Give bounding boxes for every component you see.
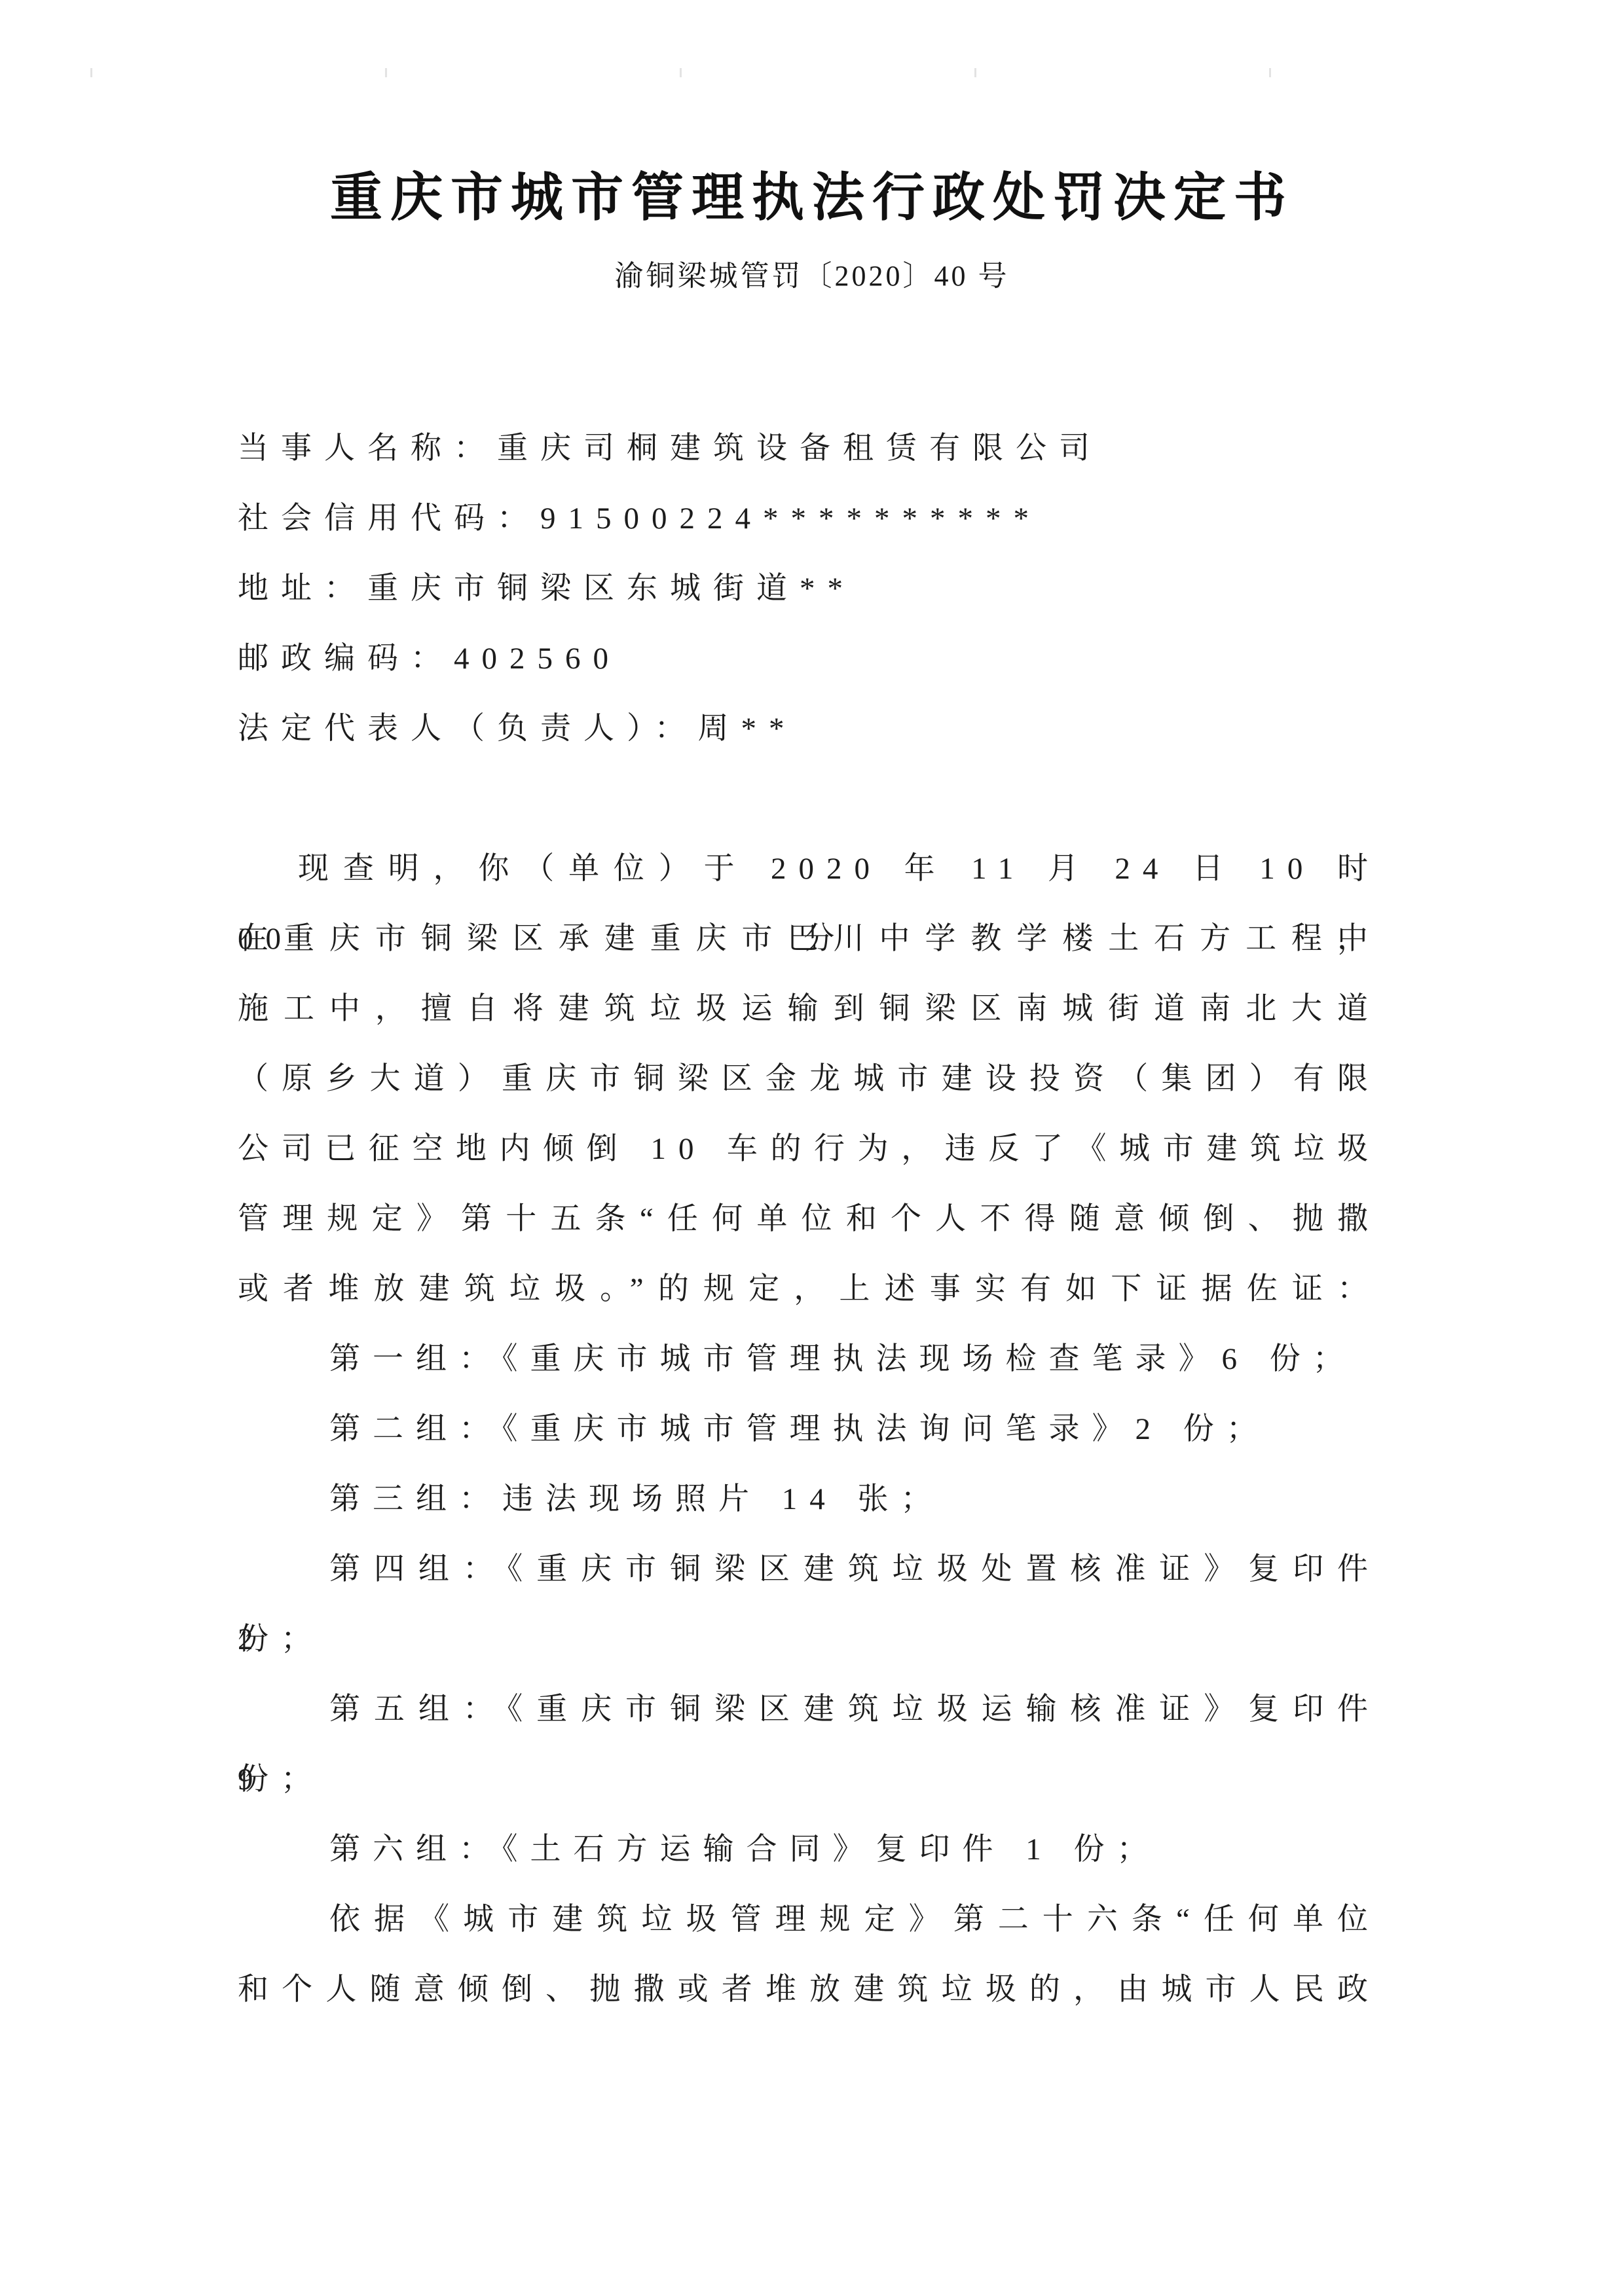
evidence-line: 第五组：《重庆市铜梁区建筑垃圾运输核准证》复印件 9 [238, 1675, 1380, 1745]
evidence-line: 份； [238, 1745, 1380, 1815]
scan-speck [385, 68, 387, 77]
document-title: 重庆市城市管理执法行政处罚决定书 [0, 165, 1624, 230]
legal-basis-line: 和个人随意倾倒、抛撒或者堆放建筑垃圾的，由城市人民政 [238, 1955, 1380, 2025]
scan-speck [90, 68, 92, 77]
scan-artifacts [0, 68, 1624, 81]
credit-code-line: 社会信用代码：91500224********** [238, 484, 1380, 554]
findings-line: 现查明，你（单位）于 2020 年 11 月 24 日 10 时 00 分， [238, 834, 1380, 904]
legal-basis-line: 依据《城市建筑垃圾管理规定》第二十六条“任何单位 [238, 1885, 1380, 1955]
document-page: 重庆市城市管理执法行政处罚决定书 渝铜梁城管罚〔2020〕40 号 当事人名称：… [0, 0, 1624, 2296]
findings-line: 在重庆市铜梁区承建重庆市巴川中学教学楼土石方工程中 [238, 904, 1380, 974]
evidence-line: 第二组：《重庆市城市管理执法询问笔录》2 份； [238, 1394, 1380, 1465]
scan-speck [1269, 68, 1271, 77]
postal-code-line: 邮政编码：402560 [238, 624, 1380, 694]
findings-line: （原乡大道）重庆市铜梁区金龙城市建设投资（集团）有限 [238, 1044, 1380, 1114]
evidence-line: 第一组：《重庆市城市管理执法现场检查笔录》6 份； [238, 1324, 1380, 1394]
document-body: 当事人名称：重庆司桐建筑设备租赁有限公司 社会信用代码：91500224****… [238, 414, 1380, 2025]
evidence-line: 份； [238, 1605, 1380, 1675]
document-number: 渝铜梁城管罚〔2020〕40 号 [0, 257, 1624, 296]
scan-speck [680, 68, 682, 77]
evidence-line: 第四组：《重庆市铜梁区建筑垃圾处置核准证》复印件 2 [238, 1535, 1380, 1605]
party-name-line: 当事人名称：重庆司桐建筑设备租赁有限公司 [238, 414, 1380, 484]
findings-line: 公司已征空地内倾倒 10 车的行为，违反了《城市建筑垃圾 [238, 1114, 1380, 1184]
address-line: 地址：重庆市铜梁区东城街道** [238, 554, 1380, 624]
scan-speck [974, 68, 976, 77]
findings-line: 或者堆放建筑垃圾。”的规定，上述事实有如下证据佐证： [238, 1254, 1380, 1324]
findings-line: 管理规定》第十五条“任何单位和个人不得随意倾倒、抛撒 [238, 1184, 1380, 1254]
findings-line: 施工中，擅自将建筑垃圾运输到铜梁区南城街道南北大道 [238, 974, 1380, 1044]
legal-representative-line: 法定代表人（负责人）：周** [238, 694, 1380, 764]
evidence-line: 第六组：《土石方运输合同》复印件 1 份； [238, 1815, 1380, 1885]
evidence-line: 第三组：违法现场照片 14 张； [238, 1465, 1380, 1535]
blank-line [238, 764, 1380, 834]
